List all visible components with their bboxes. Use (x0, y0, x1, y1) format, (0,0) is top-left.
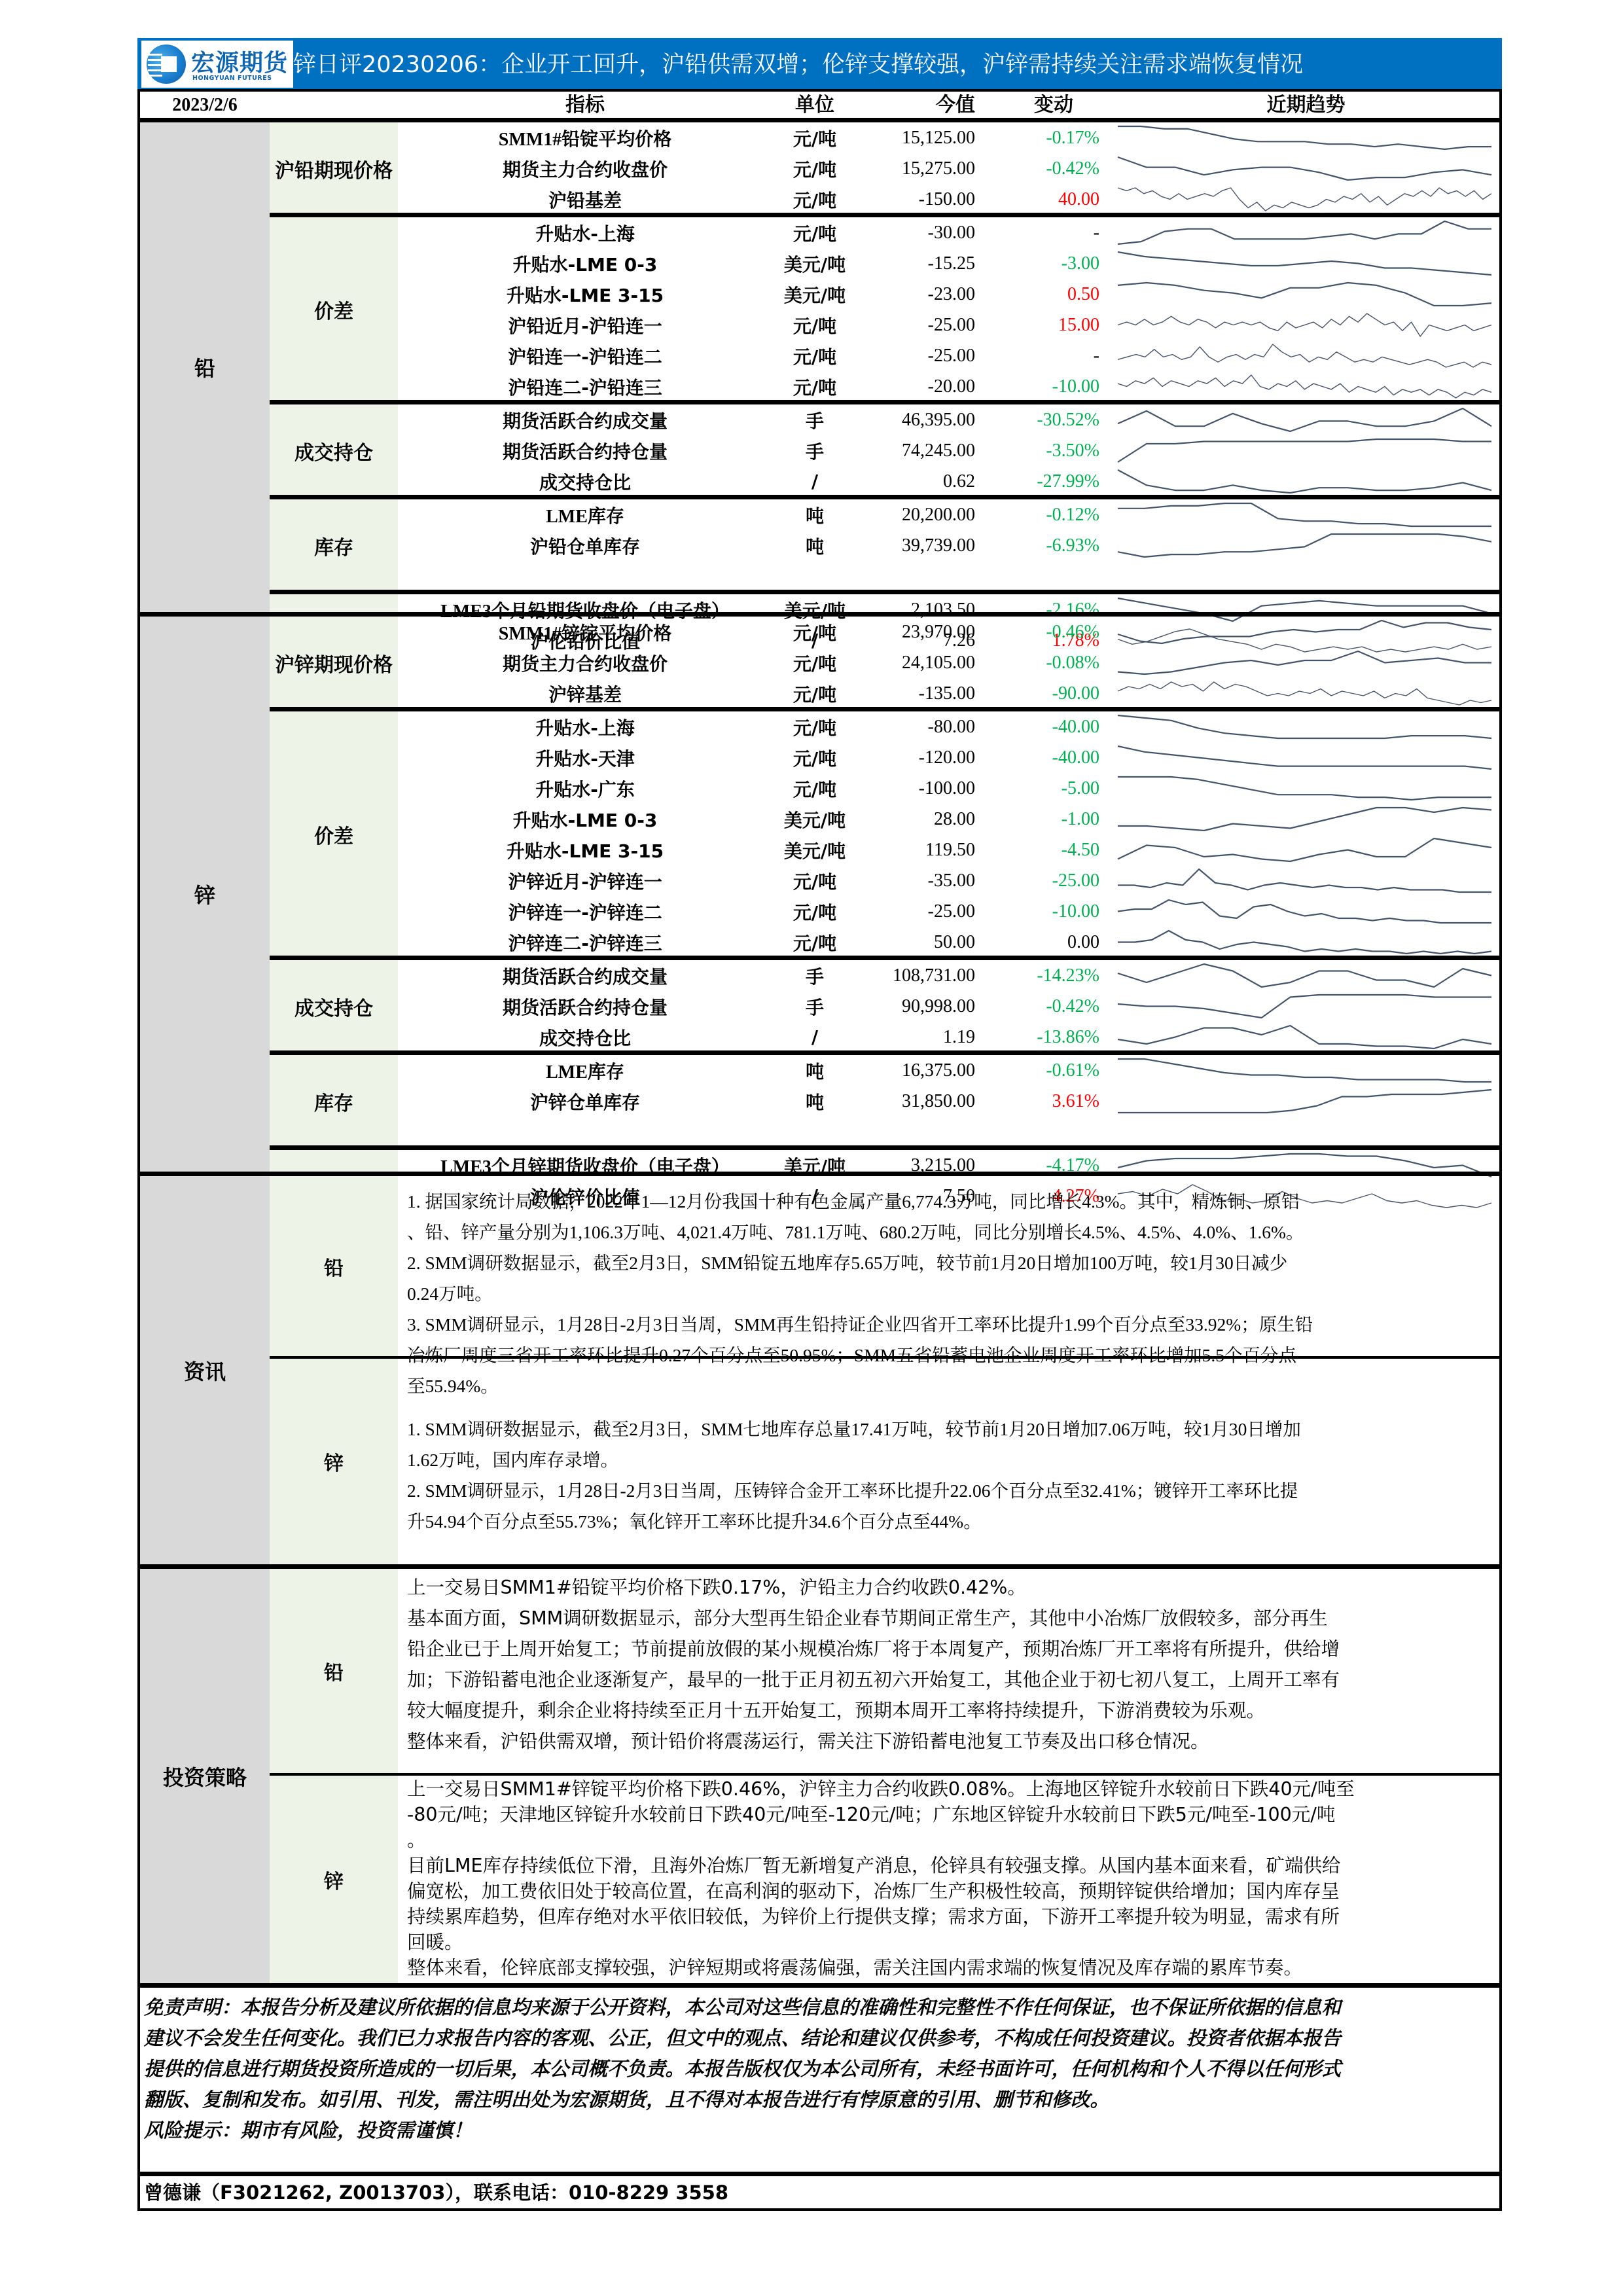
current-value: -100.00 (857, 778, 995, 799)
divider (270, 707, 1499, 711)
analyst-contact: 曾德谦（F3021262, Z0013703），联系电话：010-8229 35… (140, 2176, 1499, 2209)
change-value: -40.00 (995, 747, 1113, 768)
unit: 元/吨 (772, 929, 857, 956)
table-row: 成交持仓比/0.62-27.99% (398, 466, 1499, 497)
sparkline-icon (1113, 371, 1499, 402)
change-value: 0.00 (995, 932, 1113, 953)
change-value: -30.52% (995, 410, 1113, 431)
category-lead: 铅 (140, 122, 270, 612)
sparkline-icon (1113, 647, 1499, 678)
current-value: -80.00 (857, 717, 995, 738)
current-value: -23.00 (857, 284, 995, 305)
unit: 元/吨 (772, 776, 857, 802)
change-value: 15.00 (995, 315, 1113, 336)
unit: 吨 (772, 533, 857, 559)
group-label: 库存 (270, 499, 398, 592)
trend-sparkline (1113, 773, 1499, 804)
change-value: -27.99% (995, 471, 1113, 492)
change-value: -0.12% (995, 505, 1113, 526)
current-value: 50.00 (857, 932, 995, 953)
change-value: -14.23% (995, 965, 1113, 986)
group-label: 成交持仓 (270, 960, 398, 1052)
change-value: 40.00 (995, 189, 1113, 210)
divider (270, 956, 1499, 960)
table-row: 升贴水-广东元/吨-100.00-5.00 (398, 773, 1499, 804)
indicator-name: 沪铅连二-沪铅连三 (398, 374, 772, 400)
sparkline-icon (1113, 991, 1499, 1022)
unit: 元/吨 (772, 312, 857, 338)
unit: 手 (772, 963, 857, 989)
table-row: SMM1#锌锭平均价格元/吨23,970.00-0.46% (398, 617, 1499, 647)
current-value: -135.00 (857, 683, 995, 704)
change-value: -10.00 (995, 901, 1113, 922)
change-value: 3.61% (995, 1091, 1113, 1112)
table-row: 期货活跃合约成交量手46,395.00-30.52% (398, 404, 1499, 435)
col-header-indicator: 指标 (398, 92, 772, 119)
unit: 手 (772, 994, 857, 1020)
sparkline-icon (1113, 248, 1499, 279)
indicator-name: 沪锌连二-沪锌连三 (398, 929, 772, 956)
table-row: LME库存吨16,375.00-0.61% (398, 1055, 1499, 1086)
sparkline-icon (1113, 404, 1499, 435)
sparkline-icon (1113, 804, 1499, 834)
change-value: -0.42% (995, 158, 1113, 179)
sparkline-icon (1113, 310, 1499, 340)
group-label: 成交持仓 (270, 404, 398, 497)
unit: 元/吨 (772, 125, 857, 151)
trend-sparkline (1113, 153, 1499, 184)
trend-sparkline (1113, 1086, 1499, 1117)
divider (270, 1145, 1499, 1150)
indicator-name: 升贴水-LME 0-3 (398, 806, 772, 833)
sparkline-icon (1113, 1086, 1499, 1117)
sparkline-icon (1113, 530, 1499, 561)
table-row: 升贴水-天津元/吨-120.00-40.00 (398, 742, 1499, 773)
sparkline-icon (1113, 153, 1499, 184)
news-lead-label: 铅 (270, 1176, 398, 1356)
trend-sparkline (1113, 404, 1499, 435)
trend-sparkline (1113, 1055, 1499, 1086)
sparkline-icon (1113, 834, 1499, 865)
change-value: -3.50% (995, 440, 1113, 461)
divider (140, 118, 1499, 122)
divider (140, 1983, 1499, 1988)
trend-sparkline (1113, 371, 1499, 402)
change-value: -13.86% (995, 1027, 1113, 1048)
news-zinc-label: 锌 (270, 1359, 398, 1564)
current-value: 90,998.00 (857, 996, 995, 1017)
change-value: -0.61% (995, 1060, 1113, 1081)
sparkline-icon (1113, 1022, 1499, 1052)
unit: 元/吨 (772, 868, 857, 894)
table-row: 升贴水-LME 3-15美元/吨-23.000.50 (398, 279, 1499, 310)
current-value: 0.62 (857, 471, 995, 492)
table-row: 升贴水-上海元/吨-80.00-40.00 (398, 711, 1499, 742)
change-value: -40.00 (995, 717, 1113, 738)
change-value: -4.50 (995, 840, 1113, 861)
indicator-name: SMM1#锌锭平均价格 (398, 619, 772, 645)
trend-sparkline (1113, 1022, 1499, 1052)
table-row: 沪锌连一-沪锌连二元/吨-25.00-10.00 (398, 896, 1499, 927)
sparkline-icon (1113, 711, 1499, 742)
table-row: 升贴水-LME 0-3美元/吨28.00-1.00 (398, 804, 1499, 834)
unit: 元/吨 (772, 745, 857, 771)
change-value: -0.08% (995, 653, 1113, 673)
indicator-name: 沪锌基差 (398, 681, 772, 707)
trend-sparkline (1113, 122, 1499, 153)
trend-sparkline (1113, 248, 1499, 279)
table-row (398, 561, 1499, 592)
table-row: LME库存吨20,200.00-0.12% (398, 499, 1499, 530)
current-value: 23,970.00 (857, 622, 995, 643)
indicator-name: 沪锌仓单库存 (398, 1088, 772, 1115)
table-row: 沪锌基差元/吨-135.00-90.00 (398, 678, 1499, 709)
change-value: -0.17% (995, 128, 1113, 149)
unit: 美元/吨 (772, 281, 857, 308)
unit: 元/吨 (772, 220, 857, 246)
group-label: 价差 (270, 711, 398, 958)
strategy-lead-label: 铅 (270, 1569, 398, 1773)
trend-sparkline (1113, 184, 1499, 215)
table-row: 期货活跃合约持仓量手74,245.00-3.50% (398, 435, 1499, 466)
indicator-name: 升贴水-LME 3-15 (398, 281, 772, 308)
trend-sparkline (1113, 499, 1499, 530)
trend-sparkline (1113, 561, 1499, 592)
indicator-name: 沪锌连一-沪锌连二 (398, 899, 772, 925)
indicator-name: 期货活跃合约成交量 (398, 963, 772, 989)
divider (270, 1356, 1499, 1359)
indicator-name: 期货活跃合约持仓量 (398, 994, 772, 1020)
unit: 元/吨 (772, 343, 857, 369)
indicator-name: 升贴水-广东 (398, 776, 772, 802)
change-value: - (995, 223, 1113, 243)
trend-sparkline (1113, 617, 1499, 647)
indicator-name: SMM1#铅锭平均价格 (398, 125, 772, 151)
indicator-name: LME库存 (398, 502, 772, 528)
trend-sparkline (1113, 742, 1499, 773)
indicator-name: 期货主力合约收盘价 (398, 156, 772, 182)
indicator-name: 成交持仓比 (398, 1024, 772, 1050)
strategy-lead-text: 上一交易日SMM1#铅锭平均价格下跌0.17%，沪铅主力合约收跌0.42%。基本… (398, 1572, 1499, 1757)
indicator-name: 升贴水-上海 (398, 220, 772, 246)
table-row: 沪铅基差元/吨-150.0040.00 (398, 184, 1499, 215)
current-value: 16,375.00 (857, 1060, 995, 1081)
indicator-name: 升贴水-上海 (398, 714, 772, 740)
divider (140, 1564, 1499, 1569)
logo-mark-icon (147, 45, 186, 84)
sparkline-icon (1113, 742, 1499, 773)
trend-sparkline (1113, 279, 1499, 310)
sparkline-icon (1113, 184, 1499, 215)
sparkline-icon (1113, 122, 1499, 153)
unit: / (772, 1026, 857, 1048)
unit: 手 (772, 407, 857, 433)
indicator-name: 沪铅基差 (398, 187, 772, 213)
trend-sparkline (1113, 647, 1499, 678)
sparkline-icon (1113, 466, 1499, 497)
report-title: 锌日评20230206：企业开工回升，沪铅供需双增；伦锌支撑较强，沪锌需持续关注… (293, 42, 1303, 88)
col-header-trend: 近期趋势 (1113, 92, 1499, 119)
group-label: 库存 (270, 1055, 398, 1147)
sparkline-icon (1113, 865, 1499, 896)
trend-sparkline (1113, 960, 1499, 991)
unit: 元/吨 (772, 714, 857, 740)
trend-sparkline (1113, 217, 1499, 248)
trend-sparkline (1113, 435, 1499, 466)
group-label: 沪锌期现价格 (270, 617, 398, 709)
current-value: 108,731.00 (857, 965, 995, 986)
unit: 元/吨 (772, 619, 857, 645)
current-value: 28.00 (857, 809, 995, 830)
group-label: 价差 (270, 217, 398, 402)
change-value: - (995, 346, 1113, 367)
category-zinc: 锌 (140, 617, 270, 1172)
unit: 吨 (772, 502, 857, 528)
trend-sparkline (1113, 865, 1499, 896)
divider (140, 2172, 1499, 2176)
sparkline-icon (1113, 927, 1499, 958)
trend-sparkline (1113, 310, 1499, 340)
change-value: 0.50 (995, 284, 1113, 305)
indicator-name: 成交持仓比 (398, 469, 772, 495)
divider (140, 1172, 1499, 1176)
current-value: -35.00 (857, 870, 995, 891)
table-row: 沪锌近月-沪锌连一元/吨-35.00-25.00 (398, 865, 1499, 896)
sparkline-icon (1113, 773, 1499, 804)
divider (270, 590, 1499, 594)
current-value: 46,395.00 (857, 410, 995, 431)
col-header-change: 变动 (995, 92, 1113, 119)
divider (270, 495, 1499, 499)
news-lead-text: 1. 据国家统计局数据，2022年1—12月份我国十种有色金属产量6,774.3… (398, 1186, 1499, 1401)
indicator-name: 期货活跃合约持仓量 (398, 438, 772, 464)
sparkline-icon (1113, 1055, 1499, 1086)
unit: 元/吨 (772, 681, 857, 707)
indicator-name: 期货主力合约收盘价 (398, 650, 772, 676)
change-value: -10.00 (995, 376, 1113, 397)
divider (270, 400, 1499, 404)
current-value: 39,739.00 (857, 535, 995, 556)
current-value: -15.25 (857, 253, 995, 274)
group-label: 沪铅期现价格 (270, 122, 398, 215)
sparkline-icon (1113, 435, 1499, 466)
report-date: 2023/2/6 (140, 92, 270, 119)
trend-sparkline (1113, 466, 1499, 497)
current-value: -120.00 (857, 747, 995, 768)
current-value: -20.00 (857, 376, 995, 397)
trend-sparkline (1113, 711, 1499, 742)
change-value: -6.93% (995, 535, 1113, 556)
sparkline-icon (1113, 617, 1499, 647)
current-value: 1.19 (857, 1027, 995, 1048)
current-value: 15,125.00 (857, 128, 995, 149)
sparkline-icon (1113, 499, 1499, 530)
category-news: 资讯 (140, 1176, 270, 1564)
divider (270, 1773, 1499, 1776)
unit: 元/吨 (772, 650, 857, 676)
trend-sparkline (1113, 804, 1499, 834)
current-value: -150.00 (857, 189, 995, 210)
current-value: -25.00 (857, 315, 995, 336)
current-value: 119.50 (857, 840, 995, 861)
unit: 元/吨 (772, 374, 857, 400)
current-value: 74,245.00 (857, 440, 995, 461)
disclaimer: 免责声明：本报告分析及建议所依据的信息均来源于公开资料，本公司对这些信息的准确性… (140, 1990, 1499, 2149)
unit: 美元/吨 (772, 251, 857, 277)
change-value: -5.00 (995, 778, 1113, 799)
sparkline-icon (1113, 279, 1499, 310)
change-value: -3.00 (995, 253, 1113, 274)
table-row: 升贴水-上海元/吨-30.00- (398, 217, 1499, 248)
table-row: SMM1#铅锭平均价格元/吨15,125.00-0.17% (398, 122, 1499, 153)
table-row: 沪锌仓单库存吨31,850.003.61% (398, 1086, 1499, 1117)
sparkline-icon (1113, 217, 1499, 248)
sparkline-icon (1113, 896, 1499, 927)
company-logo: 宏源期货 HONGYUAN FUTURES (141, 41, 293, 88)
current-value: -25.00 (857, 901, 995, 922)
indicator-name: 升贴水-天津 (398, 745, 772, 771)
category-strategy: 投资策略 (140, 1569, 270, 1983)
table-row: 升贴水-LME 3-15美元/吨119.50-4.50 (398, 834, 1499, 865)
sparkline-icon (1113, 678, 1499, 709)
current-value: 20,200.00 (857, 505, 995, 526)
logo-brand-en: HONGYUAN FUTURES (192, 75, 272, 82)
table-row: 成交持仓比/1.19-13.86% (398, 1022, 1499, 1052)
unit: 元/吨 (772, 899, 857, 925)
table-row: 沪铅连一-沪铅连二元/吨-25.00- (398, 340, 1499, 371)
trend-sparkline (1113, 927, 1499, 958)
unit: 手 (772, 438, 857, 464)
change-value: -25.00 (995, 870, 1113, 891)
trend-sparkline (1113, 834, 1499, 865)
indicator-name: LME库存 (398, 1058, 772, 1084)
unit: 美元/吨 (772, 806, 857, 833)
current-value: 24,105.00 (857, 653, 995, 673)
indicator-name: 沪锌近月-沪锌连一 (398, 868, 772, 894)
unit: 美元/吨 (772, 837, 857, 863)
indicator-name: 沪铅仓单库存 (398, 533, 772, 559)
table-row: 沪锌连二-沪锌连三元/吨50.000.00 (398, 927, 1499, 958)
divider (270, 213, 1499, 217)
table-row: 期货主力合约收盘价元/吨15,275.00-0.42% (398, 153, 1499, 184)
table-row: 沪铅近月-沪铅连一元/吨-25.0015.00 (398, 310, 1499, 340)
logo-brand-cn: 宏源期货 (191, 45, 288, 78)
indicator-name: 沪铅近月-沪铅连一 (398, 312, 772, 338)
news-zinc-text: 1. SMM调研数据显示，截至2月3日，SMM七地库存总量17.41万吨，较节前… (398, 1414, 1499, 1537)
table-row: 期货主力合约收盘价元/吨24,105.00-0.08% (398, 647, 1499, 678)
indicator-name: 升贴水-LME 0-3 (398, 251, 772, 277)
sparkline-icon (1113, 960, 1499, 991)
trend-sparkline (1113, 678, 1499, 709)
table-row: 沪铅连二-沪铅连三元/吨-20.00-10.00 (398, 371, 1499, 402)
current-value: 31,850.00 (857, 1091, 995, 1112)
unit: 元/吨 (772, 156, 857, 182)
change-value: -0.42% (995, 996, 1113, 1017)
current-value: 15,275.00 (857, 158, 995, 179)
table-row: 沪铅仓单库存吨39,739.00-6.93% (398, 530, 1499, 561)
unit: / (772, 471, 857, 492)
trend-sparkline (1113, 896, 1499, 927)
strategy-zinc-text: 上一交易日SMM1#锌锭平均价格下跌0.46%，沪锌主力合约收跌0.08%。上海… (398, 1776, 1499, 1981)
change-value: -0.46% (995, 622, 1113, 643)
indicator-name: 升贴水-LME 3-15 (398, 837, 772, 863)
unit: 吨 (772, 1088, 857, 1115)
col-header-unit: 单位 (772, 92, 857, 119)
table-row: 期货活跃合约持仓量手90,998.00-0.42% (398, 991, 1499, 1022)
current-value: -30.00 (857, 223, 995, 243)
trend-sparkline (1113, 1117, 1499, 1147)
indicator-name: 沪铅连一-沪铅连二 (398, 343, 772, 369)
change-value: -1.00 (995, 809, 1113, 830)
indicator-name: 期货活跃合约成交量 (398, 407, 772, 433)
strategy-zinc-label: 锌 (270, 1776, 398, 1983)
trend-sparkline (1113, 991, 1499, 1022)
sparkline-icon (1113, 340, 1499, 371)
current-value: -25.00 (857, 346, 995, 367)
col-header-value: 今值 (857, 92, 995, 119)
table-row: 升贴水-LME 0-3美元/吨-15.25-3.00 (398, 248, 1499, 279)
unit: 吨 (772, 1058, 857, 1084)
trend-sparkline (1113, 340, 1499, 371)
table-row (398, 1117, 1499, 1147)
divider (270, 1050, 1499, 1055)
table-row: 期货活跃合约成交量手108,731.00-14.23% (398, 960, 1499, 991)
unit: 元/吨 (772, 187, 857, 213)
trend-sparkline (1113, 530, 1499, 561)
change-value: -90.00 (995, 683, 1113, 704)
divider (140, 612, 1499, 617)
